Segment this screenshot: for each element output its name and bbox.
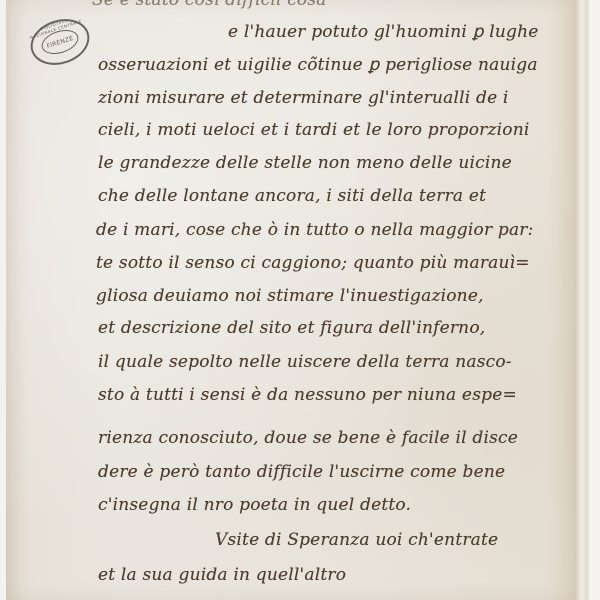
manuscript-line-17: Vsite di Speranza uoi ch'entrate [215,530,498,550]
manuscript-line-8: de i mari, cose che ò in tutto o nella m… [96,220,534,240]
manuscript-line-6: le grandezze delle stelle non meno delle… [98,153,512,173]
manuscript-line-14: rienza conosciuto, doue se bene è facile… [98,428,518,448]
manuscript-line-13: sto à tutti i sensi è da nessuno per niu… [98,385,517,405]
manuscript-line-12: il quale sepolto nelle uiscere della ter… [98,352,512,372]
manuscript-line-10: gliosa deuiamo noi stimare l'inuestigazi… [96,286,484,306]
manuscript-line-5: cieli, i moti ueloci et i tardi et le lo… [98,120,530,140]
manuscript-line-2: e l'hauer potuto gl'huomini ꝑ lughe [228,22,539,42]
manuscript-line-16: c'insegna il nro poeta in quel detto. [98,495,411,515]
manuscript-line-15: dere è però tanto difficile l'uscirne co… [98,462,505,482]
manuscript-line-7: che delle lontane ancora, i siti della t… [98,186,486,206]
manuscript-line-9: te sotto il senso ci caggiono; quanto pi… [96,253,530,273]
background-margin [590,0,600,600]
page-edge [576,0,590,600]
manuscript-line-4: zioni misurare et determinare gl'interua… [98,88,509,108]
manuscript-line-1: Se è stato così difficil cosa [92,0,327,10]
manuscript-line-11: et descrizione del sito et figura dell'i… [98,318,485,338]
manuscript-line-18: et la sua guida in quell'altro [98,565,346,585]
manuscript-line-3: osseruazioni et uigilie cõtinue ꝑ perigl… [98,55,538,75]
